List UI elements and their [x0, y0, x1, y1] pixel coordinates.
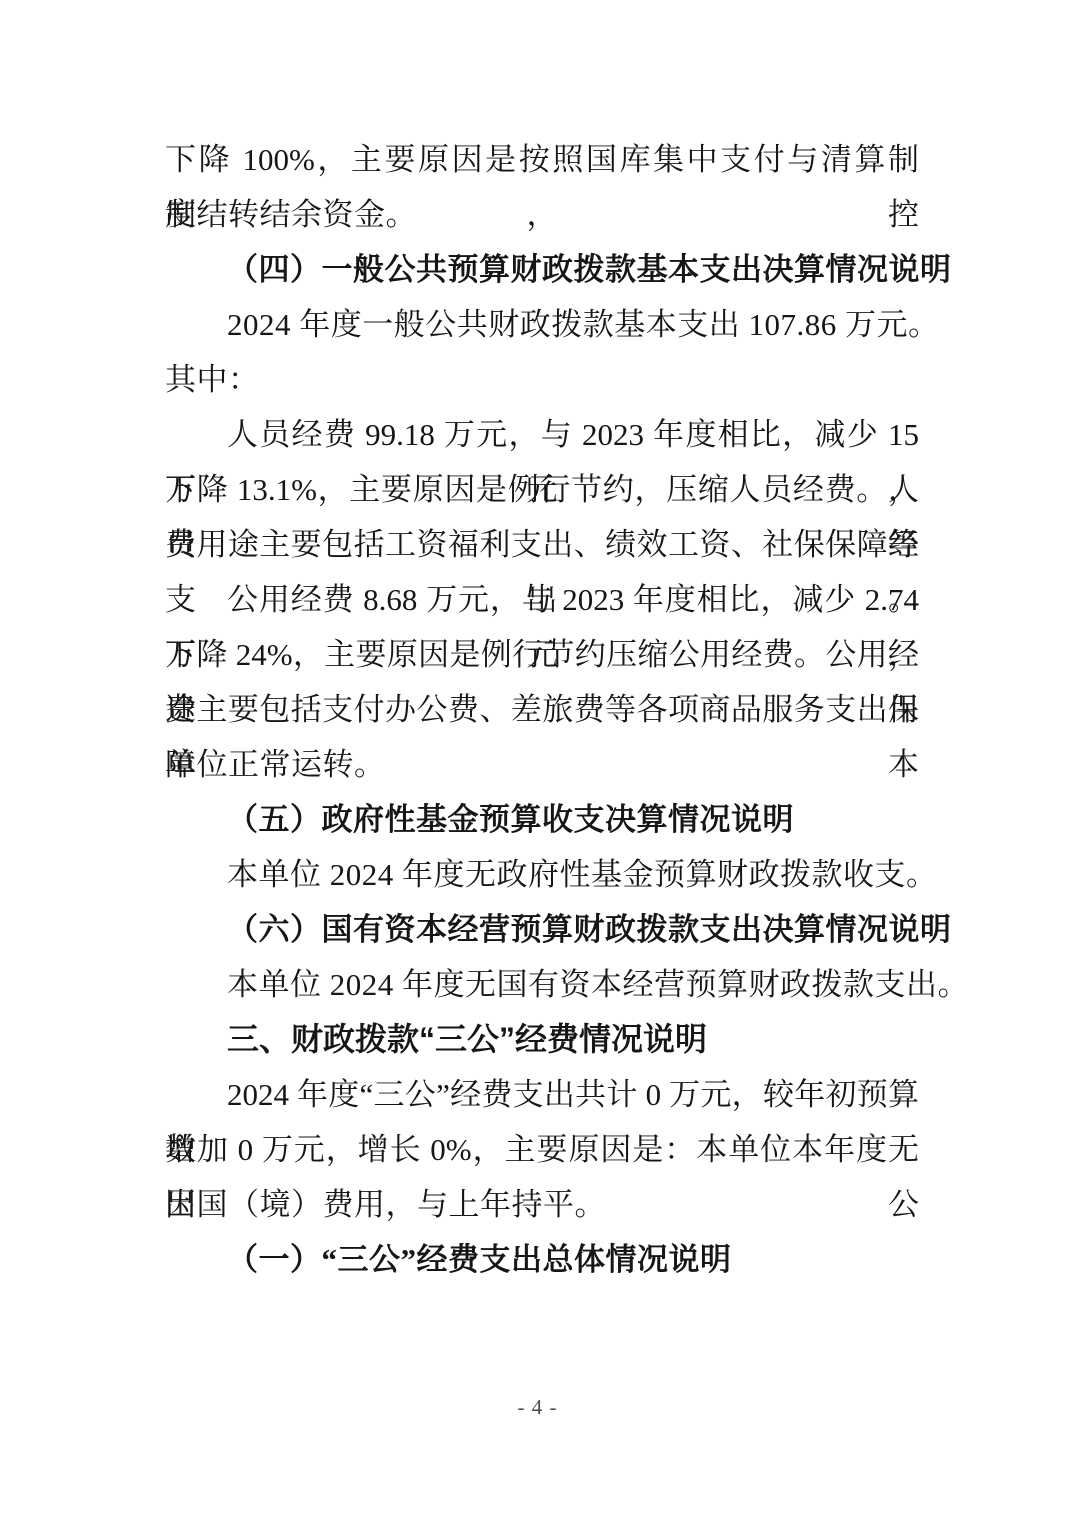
text-line: （四）一般公共预算财政拨款基本支出决算情况说明	[165, 242, 919, 297]
text-line: 本单位 2024 年度无国有资本经营预算财政拨款支出。	[165, 957, 919, 1012]
text-line: 增加 0 万元，增长 0%，主要原因是：本单位本年度无因公	[165, 1122, 919, 1177]
text-line: 公用经费 8.68 万元，与 2023 年度相比，减少 2.74 万元，	[165, 572, 919, 627]
document-body: 下降 100%，主要原因是按照国库集中支付与清算制度，控制结转结余资金。（四）一…	[165, 132, 919, 1287]
text-line: 2024 年度“三公”经费支出共计 0 万元，较年初预算数	[165, 1067, 919, 1122]
text-line: 途主要包括支付办公费、差旅费等各项商品服务支出保障本	[165, 682, 919, 737]
text-line: 三、财政拨款“三公”经费情况说明	[165, 1012, 919, 1067]
text-line: 2024 年度一般公共财政拨款基本支出 107.86 万元。	[165, 297, 919, 352]
text-line: 人员经费 99.18 万元，与 2023 年度相比，减少 15 万元，	[165, 407, 919, 462]
text-line: 下降 13.1%，主要原因是例行节约，压缩人员经费。人员经	[165, 462, 919, 517]
text-line: 本单位 2024 年度无政府性基金预算财政拨款收支。	[165, 847, 919, 902]
text-line: （六）国有资本经营预算财政拨款支出决算情况说明	[165, 902, 919, 957]
text-line: 其中：	[165, 352, 919, 407]
text-line: 费用途主要包括工资福利支出、绩效工资、社保保障等支出。	[165, 517, 919, 572]
text-line: 下降 100%，主要原因是按照国库集中支付与清算制度，控	[165, 132, 919, 187]
text-line: （五）政府性基金预算收支决算情况说明	[165, 792, 919, 847]
text-line: （一）“三公”经费支出总体情况说明	[165, 1232, 919, 1287]
page-number: - 4 -	[0, 1395, 1075, 1420]
document-page: 下降 100%，主要原因是按照国库集中支付与清算制度，控制结转结余资金。（四）一…	[0, 0, 1075, 1520]
text-line: 下降 24%，主要原因是例行节约压缩公用经费。公用经费用	[165, 627, 919, 682]
